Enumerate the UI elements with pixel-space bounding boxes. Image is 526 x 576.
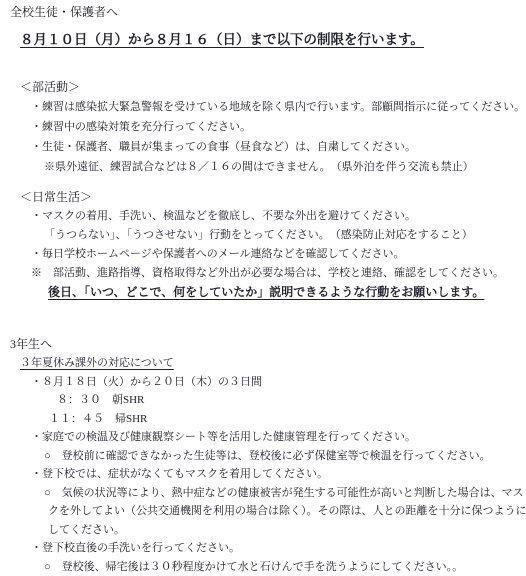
daily-item-note: ※ 部活動、進路指導、資格取得など外出が必要な場合は、学校と連絡、確認をしてくだ…: [0, 264, 526, 283]
grade3-return-shr-time: １１：４５ 帰SHR: [0, 410, 526, 429]
club-item: ・生徒・保護者、職員が集まっての食事（昼食など）は、自粛してください。: [0, 137, 526, 157]
daily-item-emphasis: 後日、「いつ、どこで、何をしていたか」説明できるような行動をお願いします。: [0, 283, 526, 302]
document-page: 全校生徒・保護者へ ８月１０日（月）から８月１６（日）まで以下の制限を行います。…: [0, 0, 526, 576]
grade3-item-note: ○ 登校前に確認できなかった生徒等は、登校後に必ず保健室等で検温を行ってください…: [0, 447, 526, 466]
grade3-subheading: ３年夏休み課外の対応について: [0, 354, 526, 373]
grade3-item: ・登下校では、症状がなくてもマスクを着用してください。: [0, 465, 526, 484]
grade3-item: ・家庭での検温及び健康観察シート等を活用した健康管理を行ってください。: [0, 428, 526, 447]
grade3-morning-shr-time: ８：３０ 朝SHR: [0, 391, 526, 410]
club-item-note: ※県外遠征、練習試合などは８／１６の間はできません。 （県外泊を伴う交流も禁止）: [0, 157, 526, 177]
grade3-schedule-dates: ・８月１８日（火）から２０日（木）の３日間: [0, 373, 526, 392]
grade3-item-note-continuation: してください。: [0, 521, 526, 540]
document-header: 全校生徒・保護者へ: [0, 2, 526, 22]
grade3-item: ・登下校直後の手洗いを行ってください。: [0, 539, 526, 558]
daily-item-continuation: 「うつらない」、「うつさせない」行動をとってください。 （感染防止対応をすること…: [0, 226, 526, 245]
grade3-item-note: ○ 登校後、帰宅後は３０秒程度かけて水と石けんで手を洗うようにしてください。。: [0, 558, 526, 576]
daily-section-heading: ＜日常生活＞: [0, 187, 526, 207]
restriction-notice-title: ８月１０日（月）から８月１６（日）まで以下の制限を行います。: [0, 30, 526, 50]
grade3-heading: 3年生へ: [0, 334, 526, 354]
club-item: ・練習は感染拡大緊急警報を受けている地域を除く県内で行います。部顧問指示に従って…: [0, 97, 526, 117]
grade3-item-note: ○ 気候の状況等により、熱中症などの健康被害が発生する可能性が高いと判断した場合…: [0, 484, 526, 503]
daily-item: ・マスクの着用、手洗い、検温などを徹底し、不要な外出を避けてください。: [0, 207, 526, 226]
grade3-item-note-continuation: クを外してよい（公共交通機関を利用の場合は除く）。その際は、人との距離を十分に保…: [0, 502, 526, 521]
club-item: ・練習中の感染対策を充分行ってください。: [0, 117, 526, 137]
club-section-heading: ＜部活動＞: [0, 77, 526, 97]
daily-item: ・毎日学校ホームページや保護者へのメール連絡などを確認してください。: [0, 245, 526, 264]
